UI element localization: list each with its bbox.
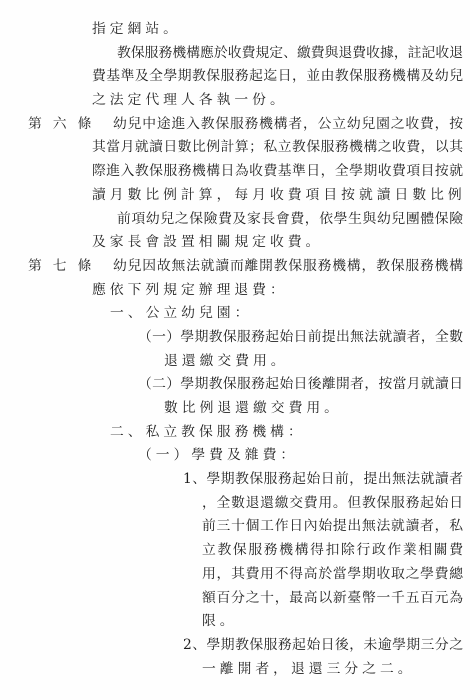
- article-first-text: 幼兒中途進入教保服務機構者，公立幼兒園之收費，按: [113, 113, 463, 137]
- text-line: 讀月數比例計算，每月收費項目按就讀日數比例計算。: [92, 184, 463, 208]
- text-line: 費基準及全學期教保服務起迄日，並由教保服務機構及幼兒: [92, 65, 463, 89]
- article-number: 第七條: [28, 255, 113, 279]
- text-line: 用，其費用不得高於當學期收取之學費總: [202, 563, 463, 587]
- text-line: （一）學期教保服務起始日前提出無法就讀者，全數: [138, 326, 463, 350]
- text-line: 前三十個工作日內始提出無法就讀者，私: [202, 515, 463, 539]
- text-line: （二）學期教保服務起始日後離開者，按當月就讀日: [138, 373, 463, 397]
- text-line: 退還繳交費用。: [164, 350, 463, 374]
- text-line: 一離開者，退還三分之二。: [202, 658, 463, 682]
- text-line: 數比例退還繳交費用。: [164, 397, 463, 421]
- article-first-text: 幼兒因故無法就讀而離開教保服務機構，教保服務機構: [113, 255, 463, 279]
- text-line: 及家長會設置相關規定收費。: [92, 231, 463, 255]
- article-number: 第六條: [28, 113, 113, 137]
- text-line: 應依下列規定辦理退費：: [92, 279, 463, 303]
- text-line: 限。: [202, 610, 463, 634]
- text-line: 2、學期教保服務起始日後，未逾學期三分之: [183, 634, 463, 658]
- text-line: 際進入教保服務機構日為收費基準日，全學期收費項目按就: [92, 160, 463, 184]
- text-line: 其當月就讀日數比例計算；私立教保服務機構之收費，以其實: [92, 136, 463, 160]
- text-line: 立教保服務機構得扣除行政作業相關費: [202, 539, 463, 563]
- document-text-body: 指定網站。教保服務機構應於收費規定、繳費與退費收據，註記收退費基準及全學期教保服…: [28, 18, 463, 681]
- text-line: 額百分之十，最高以新臺幣一千五百元為: [202, 587, 463, 611]
- text-line: 前項幼兒之保險費及家長會費，依學生與幼兒團體保險: [117, 208, 463, 232]
- text-line: 1、學期教保服務起始日前，提出無法就讀者: [183, 468, 463, 492]
- text-line: 教保服務機構應於收費規定、繳費與退費收據，註記收退: [117, 42, 463, 66]
- document-page: 指定網站。教保服務機構應於收費規定、繳費與退費收據，註記收退費基準及全學期教保服…: [0, 0, 470, 700]
- text-line: 之法定代理人各執一份。: [92, 89, 463, 113]
- article-heading-line: 第七條幼兒因故無法就讀而離開教保服務機構，教保服務機構: [28, 255, 463, 279]
- text-line: （一）學費及雜費：: [138, 444, 463, 468]
- article-heading-line: 第六條幼兒中途進入教保服務機構者，公立幼兒園之收費，按: [28, 113, 463, 137]
- text-line: 二、私立教保服務機構：: [110, 421, 463, 445]
- text-line: ，全數退還繳交費用。但教保服務起始日: [202, 492, 463, 516]
- text-line: 一、公立幼兒園：: [110, 302, 463, 326]
- text-line: 指定網站。: [92, 18, 463, 42]
